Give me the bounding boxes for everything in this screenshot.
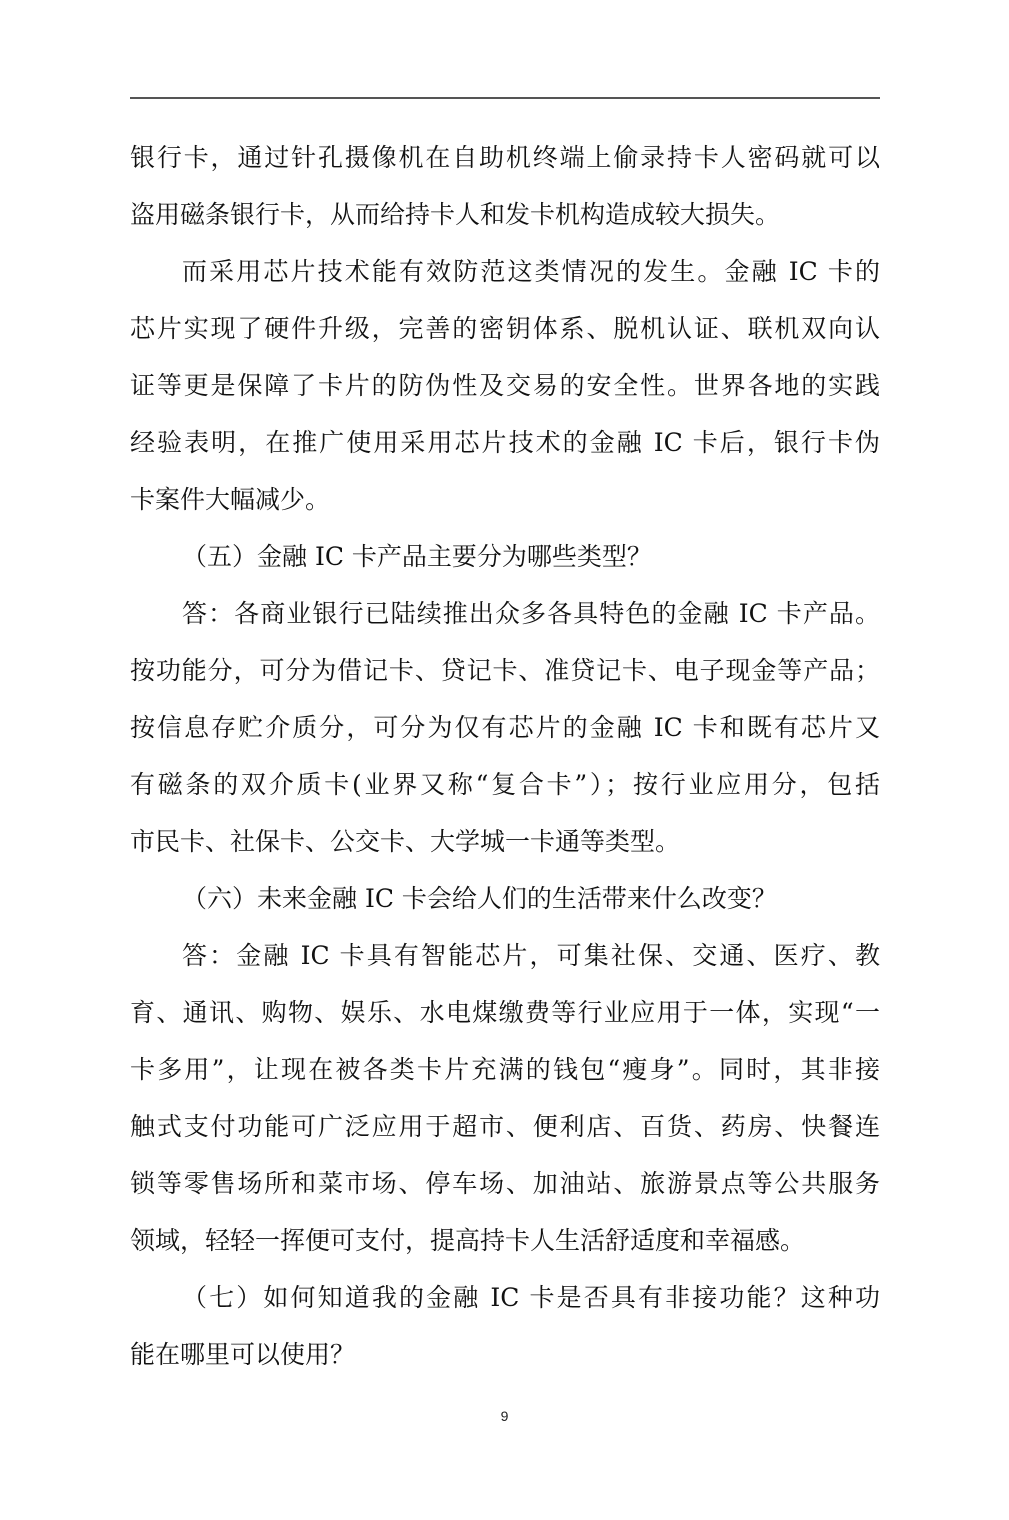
heading-line: 能在哪里可以使用？ (130, 1333, 880, 1390)
text-line: 触式支付功能可广泛应用于超市、便利店、百货、药房、快餐连 (130, 1105, 880, 1162)
paragraph-answer-6: 答：金融 IC 卡具有智能芯片，可集社保、交通、医疗、教 育、通讯、购物、娱乐、… (130, 934, 880, 1276)
section-heading-6: （六）未来金融 IC 卡会给人们的生活带来什么改变？ (130, 877, 880, 934)
text-line: 按信息存贮介质分，可分为仅有芯片的金融 IC 卡和既有芯片又 (130, 706, 880, 763)
heading-line: （五）金融 IC 卡产品主要分为哪些类型？ (130, 535, 880, 592)
text-line: 盗用磁条银行卡，从而给持卡人和发卡机构造成较大损失。 (130, 193, 880, 250)
text-line: 领域，轻轻一挥便可支付，提高持卡人生活舒适度和幸福感。 (130, 1219, 880, 1276)
text-line: 按功能分，可分为借记卡、贷记卡、准贷记卡、电子现金等产品； (130, 649, 880, 706)
heading-line: （七）如何知道我的金融 IC 卡是否具有非接功能？这种功 (130, 1276, 880, 1333)
text-line: 经验表明，在推广使用采用芯片技术的金融 IC 卡后，银行卡伪 (130, 421, 880, 478)
paragraph-answer-5: 答：各商业银行已陆续推出众多各具特色的金融 IC 卡产品。 按功能分，可分为借记… (130, 592, 880, 877)
paragraph-continuation: 银行卡，通过针孔摄像机在自助机终端上偷录持卡人密码就可以 盗用磁条银行卡，从而给… (130, 136, 880, 250)
section-heading-5: （五）金融 IC 卡产品主要分为哪些类型？ (130, 535, 880, 592)
page-body: 银行卡，通过针孔摄像机在自助机终端上偷录持卡人密码就可以 盗用磁条银行卡，从而给… (130, 136, 880, 1390)
text-line: 银行卡，通过针孔摄像机在自助机终端上偷录持卡人密码就可以 (130, 136, 880, 193)
paragraph-chip-security: 而采用芯片技术能有效防范这类情况的发生。金融 IC 卡的 芯片实现了硬件升级，完… (130, 250, 880, 535)
text-line: 市民卡、社保卡、公交卡、大学城一卡通等类型。 (130, 820, 880, 877)
heading-line: （六）未来金融 IC 卡会给人们的生活带来什么改变？ (130, 877, 880, 934)
text-line: 而采用芯片技术能有效防范这类情况的发生。金融 IC 卡的 (130, 250, 880, 307)
text-line: 育、通讯、购物、娱乐、水电煤缴费等行业应用于一体，实现“一 (130, 991, 880, 1048)
text-line: 答：金融 IC 卡具有智能芯片，可集社保、交通、医疗、教 (130, 934, 880, 991)
text-line: 芯片实现了硬件升级，完善的密钥体系、脱机认证、联机双向认 (130, 307, 880, 364)
text-line: 卡多用”，让现在被各类卡片充满的钱包“瘦身”。同时，其非接 (130, 1048, 880, 1105)
text-line: 答：各商业银行已陆续推出众多各具特色的金融 IC 卡产品。 (130, 592, 880, 649)
header-rule (130, 97, 880, 99)
text-line: 卡案件大幅减少。 (130, 478, 880, 535)
page-number: 9 (0, 1408, 1009, 1424)
text-line: 锁等零售场所和菜市场、停车场、加油站、旅游景点等公共服务 (130, 1162, 880, 1219)
text-line: 有磁条的双介质卡(业界又称“复合卡”）；按行业应用分，包括 (130, 763, 880, 820)
text-line: 证等更是保障了卡片的防伪性及交易的安全性。世界各地的实践 (130, 364, 880, 421)
section-heading-7: （七）如何知道我的金融 IC 卡是否具有非接功能？这种功 能在哪里可以使用？ (130, 1276, 880, 1390)
